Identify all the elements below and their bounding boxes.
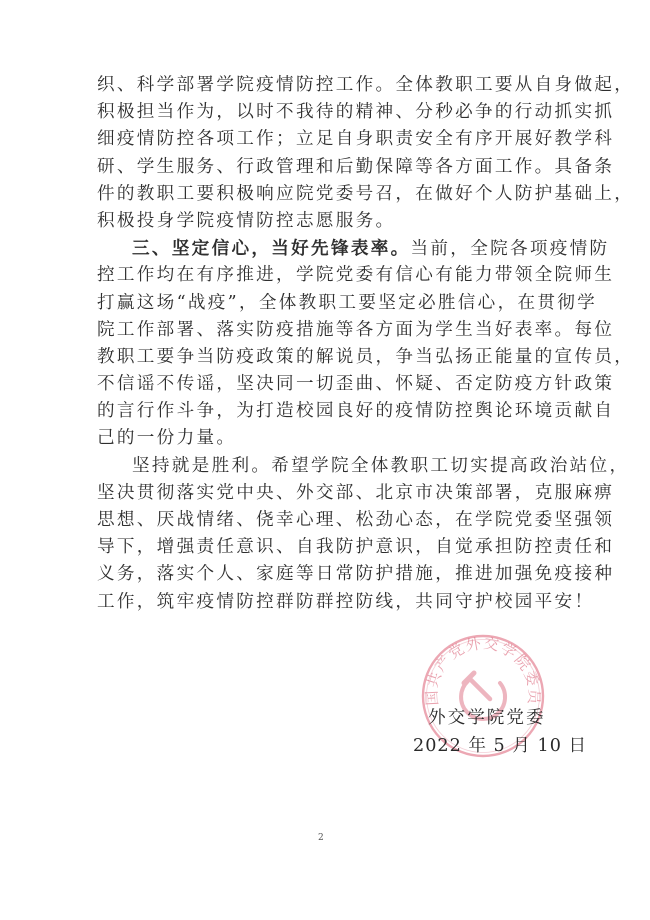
- section-three-first-line: 三、坚定信心，当好先锋表率。当前，全院各项疫情防: [97, 235, 559, 262]
- text-line: 坚决贯彻落实党中央、外交部、北京市决策部署，克服麻痹: [97, 480, 559, 507]
- text-line: 研、学生服务、行政管理和后勤保障等各方面工作。具备条: [97, 154, 559, 181]
- seal-text: 中国共产党外交学院委员会: [420, 633, 543, 706]
- text-line: 积极投身学院疫情防控志愿服务。: [97, 208, 559, 235]
- text-line: 工作，筑牢疫情防控群防群控防线，共同守护校园平安！: [97, 589, 559, 616]
- text-line: 的言行作斗争，为打造校园良好的疫情防控舆论环境贡献自: [97, 398, 559, 425]
- svg-text:中国共产党外交学院委员会: 中国共产党外交学院委员会: [420, 633, 543, 706]
- text-line: 积极担当作为，以时不我待的精神、分秒必争的行动抓实抓: [97, 99, 559, 126]
- page-number: 2: [318, 833, 324, 843]
- text-span: 当前，全院各项疫情防: [411, 239, 610, 259]
- text-line: 导下，增强责任意识、自我防护意识，自觉承担防控责任和: [97, 534, 559, 561]
- text-line: 思想、厌战情绪、侥幸心理、松劲心态，在学院党委坚强领: [97, 507, 559, 534]
- document-body: 织、科学部署学院疫情防控工作。全体教职工要从自身做起， 积极担当作为，以时不我待…: [97, 72, 559, 616]
- text-line: 坚持就是胜利。希望学院全体教职工切实提高政治站位，: [97, 453, 559, 480]
- text-line: 件的教职工要积极响应院党委号召，在做好个人防护基础上，: [97, 181, 559, 208]
- signature: 外交学院党委: [428, 704, 546, 729]
- text-line: 打赢这场“战疫”，全体教职工要坚定必胜信心，在贯彻学: [97, 290, 559, 317]
- text-line: 控工作均在有序推进，学院党委有信心有能力带领全院师生: [97, 262, 559, 289]
- text-line: 院工作部署、落实防疫措施等各方面为学生当好表率。每位: [97, 317, 559, 344]
- document-page: 织、科学部署学院疫情防控工作。全体教职工要从自身做起， 积极担当作为，以时不我待…: [0, 0, 650, 920]
- text-line: 细疫情防控各项工作；立足自身职责安全有序开展好教学科: [97, 126, 559, 153]
- signature-date: 2022 年 5 月 10 日: [413, 732, 587, 757]
- text-line: 不信谣不传谣，坚决同一切歪曲、怀疑、否定防疫方针政策: [97, 371, 559, 398]
- text-line: 教职工要争当防疫政策的解说员，争当弘扬正能量的宣传员，: [97, 344, 559, 371]
- text-line: 己的一份力量。: [97, 425, 559, 452]
- section-heading: 三、坚定信心，当好先锋表率。: [132, 238, 411, 259]
- text-line: 义务，落实个人、家庭等日常防护措施，推进加强免疫接种: [97, 561, 559, 588]
- text-line: 织、科学部署学院疫情防控工作。全体教职工要从自身做起，: [97, 72, 559, 99]
